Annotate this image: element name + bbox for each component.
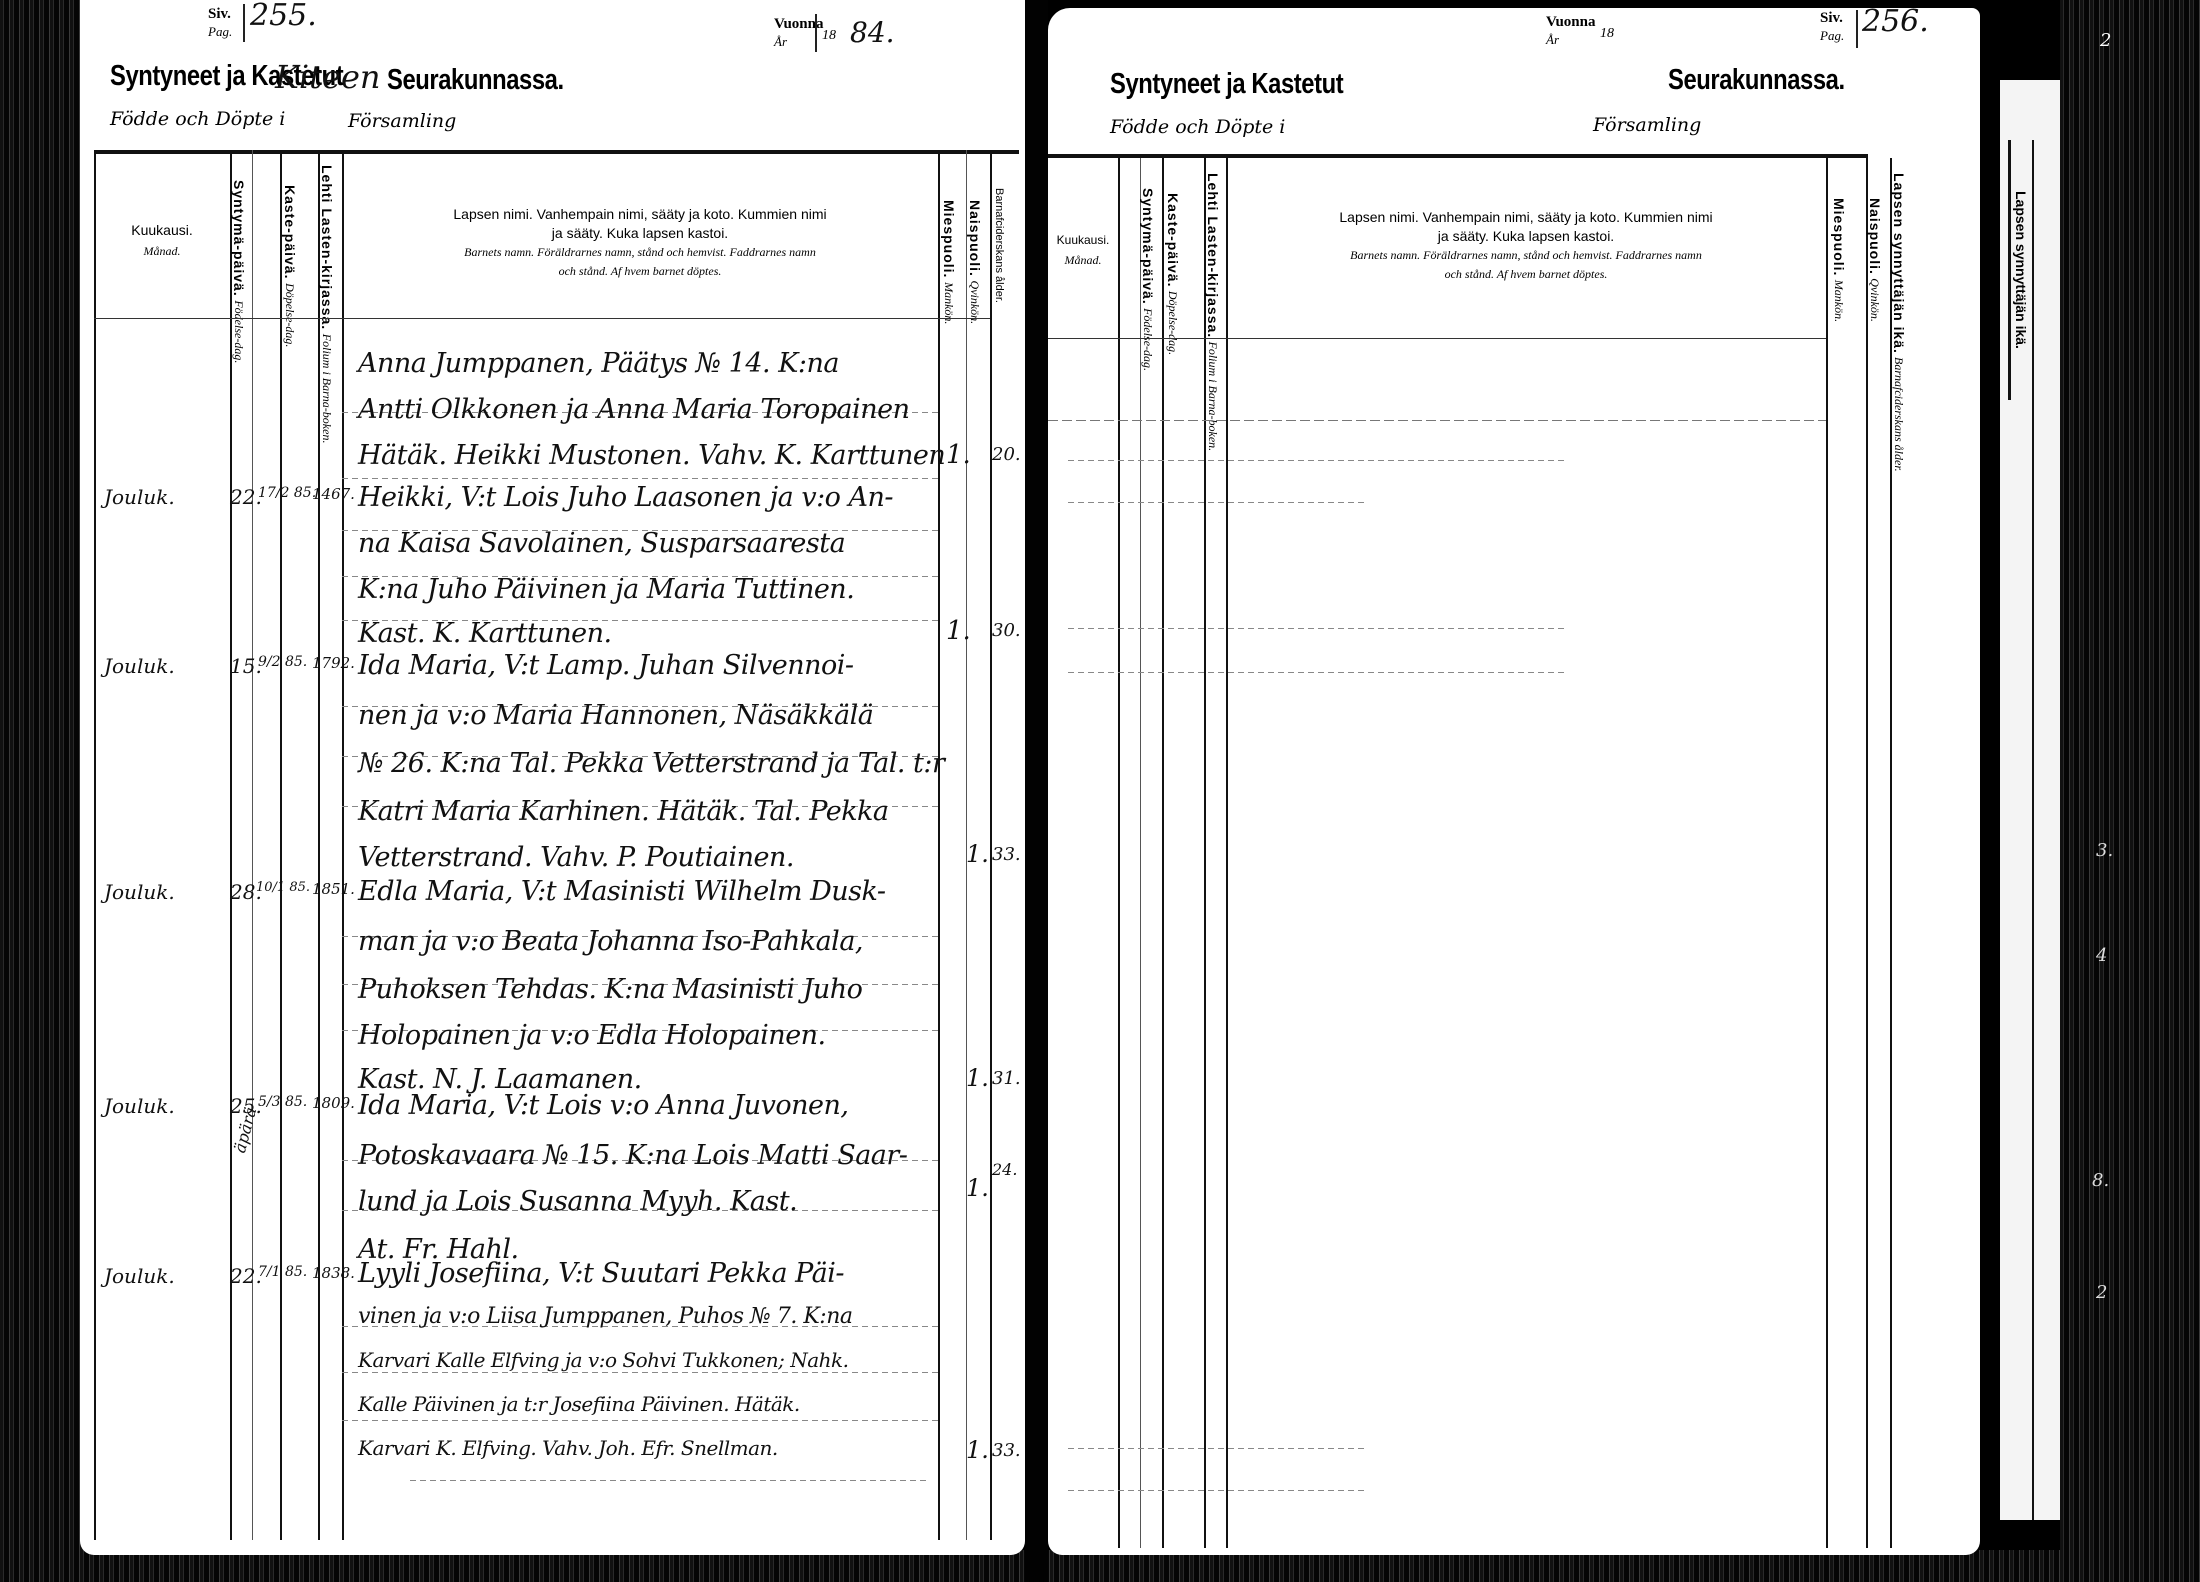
header-baptism-day: Kaste-päivä. Döpelse-dag. bbox=[283, 185, 297, 305]
entry-line: vinen ja v:o Liisa Jumppanen, Puhos № 7.… bbox=[358, 1304, 852, 1329]
entry-month: Jouluk. bbox=[104, 654, 175, 678]
col-border bbox=[342, 150, 344, 1540]
header-female: Naispuoli. Qvinkön. bbox=[1868, 198, 1882, 308]
entry-mother-age: 33. bbox=[992, 1440, 1021, 1461]
header-month: Kuukausi.Månad. bbox=[94, 220, 230, 261]
sex-mark: 1. bbox=[946, 440, 971, 470]
header-male: Miespuoli. Mankön. bbox=[942, 200, 956, 310]
rule bbox=[1048, 420, 1826, 421]
edge-mark: 4 bbox=[2096, 945, 2107, 966]
continuation-line: Hätäk. Heikki Mustonen. Vahv. K. Karttun… bbox=[358, 440, 945, 471]
rule bbox=[1068, 672, 1568, 673]
right-page: VuonnaÅr 18 Siv.Pag. 256. Syntyneet ja K… bbox=[1048, 8, 1980, 1555]
page-subtitle-suffix: Församling bbox=[1593, 114, 1701, 136]
col-border bbox=[94, 150, 96, 1540]
col-border bbox=[1118, 158, 1120, 1548]
next-page-strip: Lapsen synnyttäjän ikä. bbox=[2000, 80, 2060, 1520]
entry-folio: 1838. bbox=[312, 1264, 355, 1282]
entry-male: 1. bbox=[966, 1436, 989, 1464]
header-birth-day: Syntymä-päivä. Födelse-dag. bbox=[1141, 188, 1155, 318]
entry-baptism-date: 9/2 85. bbox=[258, 654, 307, 670]
year-label: VuonnaÅr bbox=[1546, 14, 1595, 49]
header-female: Naispuoli. Qvinkön. bbox=[968, 200, 982, 310]
entry-line: Vetterstrand. Vahv. P. Poutiainen. bbox=[358, 842, 794, 873]
entry-line: Katri Maria Karhinen. Hätäk. Tal. Pekka bbox=[358, 796, 889, 827]
header-month: Kuukausi.Månad. bbox=[1048, 230, 1118, 270]
rule bbox=[410, 1480, 930, 1481]
page-title-suffix: Seurakunnassa. bbox=[1668, 64, 1845, 97]
continuation-line: Anna Jumppanen, Päätys № 14. K:na bbox=[358, 348, 839, 379]
entry-male: 1. bbox=[946, 616, 971, 646]
header-male: Miespuoli. Mankön. bbox=[1832, 198, 1846, 308]
rule bbox=[1068, 502, 1368, 503]
strip-border bbox=[2032, 140, 2034, 1520]
entry-line: Karvari K. Elfving. Vahv. Joh. Efr. Snel… bbox=[358, 1436, 778, 1460]
entry-mother-age: 24. bbox=[992, 1160, 1017, 1179]
entry-baptism-date: 17/2 85. bbox=[258, 485, 316, 501]
year-brace bbox=[815, 14, 817, 52]
col-border bbox=[938, 150, 940, 1540]
rule bbox=[342, 478, 938, 479]
entry-month: Jouluk. bbox=[104, 485, 175, 509]
col-border bbox=[280, 150, 282, 1540]
header-birth-day: Syntymä-päivä. Födelse-dag. bbox=[232, 180, 246, 310]
strip-header: Lapsen synnyttäjän ikä. bbox=[2008, 140, 2028, 400]
gutter bbox=[1025, 0, 1048, 1582]
page-subtitle-suffix: Församling bbox=[348, 110, 456, 132]
page-label: Siv.Pag. bbox=[208, 6, 232, 41]
entry-folio: 1792. bbox=[312, 654, 355, 672]
entry-male: 1. bbox=[966, 840, 989, 868]
rule bbox=[342, 1420, 938, 1421]
rule bbox=[1068, 1490, 1368, 1491]
header-divider bbox=[1048, 338, 1826, 339]
page-brace bbox=[243, 4, 245, 42]
edge-mark: 8. bbox=[2092, 1170, 2109, 1191]
entry-line: Puhoksen Tehdas. K:na Masinisti Juho bbox=[358, 974, 862, 1005]
rule bbox=[342, 1372, 938, 1373]
entry-month: Jouluk. bbox=[104, 880, 175, 904]
page-title-suffix: Seurakunnassa. bbox=[387, 64, 564, 97]
entry-line: Kast. K. Karttunen. bbox=[358, 618, 612, 649]
entry-line: man ja v:o Beata Johanna Iso-Pahkala, bbox=[358, 926, 863, 957]
year-prefix: 18 bbox=[822, 28, 836, 44]
right-book-edge bbox=[2060, 0, 2200, 1582]
year-prefix: 18 bbox=[1600, 26, 1614, 42]
mother-age: 20. bbox=[992, 444, 1021, 465]
entry-baptism-date: 10/1 85. bbox=[256, 880, 310, 895]
entry-line: K:na Juho Päivinen ja Maria Tuttinen. bbox=[358, 574, 854, 605]
entry-month: Jouluk. bbox=[104, 1264, 175, 1288]
entry-line: Ida Maria, V:t Lamp. Juhan Silvennoi- bbox=[358, 650, 854, 681]
entry-folio: 1809. bbox=[312, 1094, 355, 1112]
col-border bbox=[1826, 158, 1828, 1548]
entry-mother-age: 33. bbox=[992, 844, 1021, 865]
continuation-line: Antti Olkkonen ja Anna Maria Toropainen bbox=[358, 394, 909, 425]
left-page: Siv.Pag. 255. VuonnaÅr 18 84. Syntyneet … bbox=[80, 0, 1025, 1555]
entry-folio: 1467. bbox=[312, 485, 355, 503]
page-title: Syntyneet ja Kastetut bbox=[1110, 68, 1343, 101]
entry-line: Lyyli Josefiina, V:t Suutari Pekka Päi- bbox=[358, 1258, 844, 1289]
left-book-edge bbox=[0, 0, 85, 1582]
entry-line: na Kaisa Savolainen, Susparsaaresta bbox=[358, 528, 845, 559]
header-folio: Lehti Lasten-kirjassa. Folium i Barna-bo… bbox=[1206, 173, 1220, 323]
entry-male: 1. bbox=[966, 1174, 989, 1202]
rule bbox=[1068, 628, 1568, 629]
page-label: Siv.Pag. bbox=[1820, 10, 1844, 45]
entry-line: Potoskavaara № 15. K:na Lois Matti Saar- bbox=[358, 1140, 907, 1171]
entry-line: № 26. K:na Tal. Pekka Vetterstrand ja Ta… bbox=[358, 748, 944, 779]
parish-name: Kiteen bbox=[275, 58, 380, 96]
col-border bbox=[1866, 158, 1868, 1548]
header-divider bbox=[94, 318, 990, 319]
entry-male: 1. bbox=[966, 1064, 989, 1092]
page-brace bbox=[1856, 10, 1858, 48]
header-mother-age: Lapsen synnyttäjän ikä. Barnafciderskans… bbox=[1892, 173, 1906, 333]
edge-mark: 2 bbox=[2096, 1282, 2107, 1303]
entry-line: Karvari Kalle Elfving ja v:o Sohvi Tukko… bbox=[358, 1348, 849, 1372]
page-subtitle: Födde och Döpte i bbox=[1110, 116, 1285, 138]
rule bbox=[1068, 460, 1568, 461]
col-border bbox=[1162, 158, 1164, 1548]
entry-month: Jouluk. bbox=[104, 1094, 175, 1118]
header-baptism-day: Kaste-päivä. Döpelse-dag. bbox=[1166, 193, 1180, 313]
entry-baptism-date: 7/1 85. bbox=[258, 1264, 307, 1280]
entry-line: Heikki, V:t Lois Juho Laasonen ja v:o An… bbox=[358, 482, 893, 513]
entry-line: Edla Maria, V:t Masinisti Wilhelm Dusk- bbox=[358, 876, 886, 907]
page-subtitle: Födde och Döpte i bbox=[110, 108, 285, 130]
entry-line: lund ja Lois Susanna Myyh. Kast. bbox=[358, 1186, 797, 1217]
header-folio: Lehti Lasten-kirjassa. Folium i Barna-bo… bbox=[320, 165, 334, 315]
header-mother-age: Barnafciderskans ålder. bbox=[992, 170, 1006, 320]
col-border bbox=[1226, 158, 1228, 1548]
year-suffix: 84. bbox=[850, 16, 895, 49]
header-main: Lapsen nimi. Vanhempain nimi, sääty ja k… bbox=[342, 205, 938, 281]
col-border bbox=[252, 150, 253, 1540]
entry-line: Holopainen ja v:o Edla Holopainen. bbox=[358, 1020, 826, 1051]
entry-mother-age: 31. bbox=[992, 1068, 1021, 1089]
rule bbox=[1068, 1448, 1368, 1449]
edge-mark: 3. bbox=[2096, 840, 2113, 861]
register-table bbox=[1048, 154, 1868, 1548]
entry-baptism-date: 5/3 85. bbox=[258, 1094, 307, 1110]
entry-line: Ida Maria, V:t Lois v:o Anna Juvonen, bbox=[358, 1090, 848, 1121]
page-number: 255. bbox=[250, 0, 317, 33]
entry-mother-age: 30. bbox=[992, 620, 1021, 641]
edge-mark: 2 bbox=[2100, 30, 2111, 51]
entry-folio: 1851. bbox=[312, 880, 355, 898]
entry-line: Kalle Päivinen ja t:r Josefiina Päivinen… bbox=[358, 1392, 800, 1416]
page-number: 256. bbox=[1862, 4, 1929, 39]
header-main: Lapsen nimi. Vanhempain nimi, sääty ja k… bbox=[1226, 208, 1826, 284]
entry-line: nen ja v:o Maria Hannonen, Näsäkkälä bbox=[358, 700, 873, 731]
